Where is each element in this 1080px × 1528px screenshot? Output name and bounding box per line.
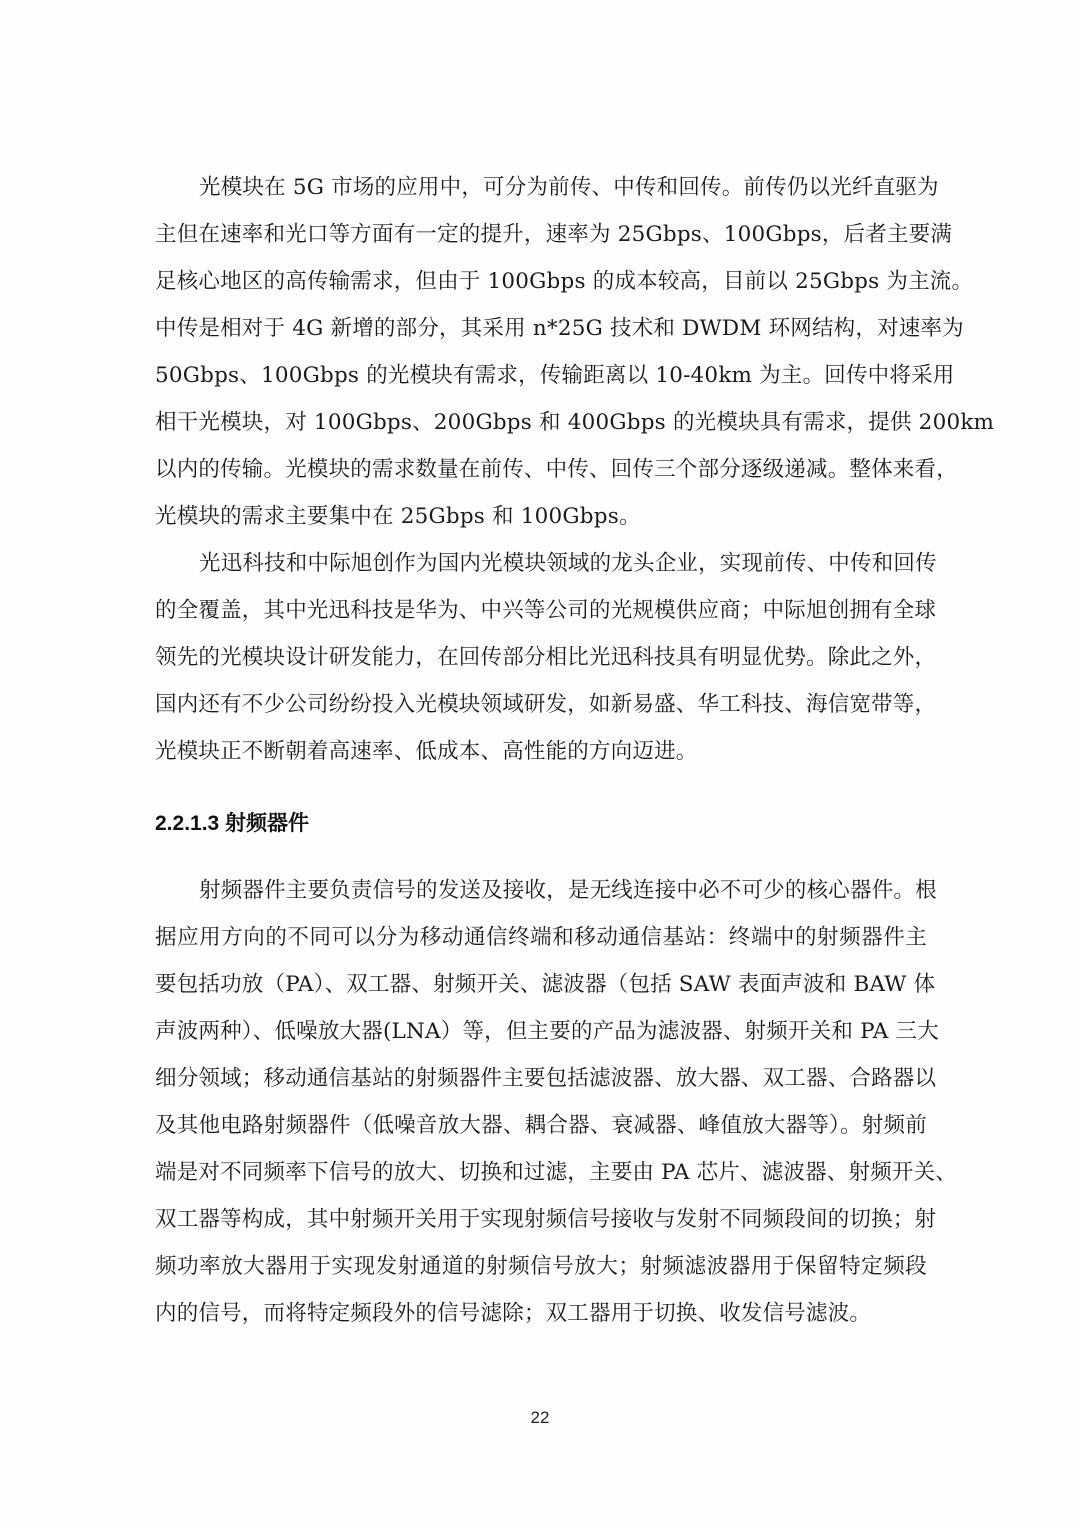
paragraph-rf-devices: 射频器件主要负责信号的发送及接收，是无线连接中必不可少的核心器件。根 据应用方向… <box>155 867 927 1337</box>
text-line: 双工器等构成，其中射频开关用于实现射频信号接收与发射不同频段间的切换；射 <box>155 1196 927 1243</box>
text-line: 领先的光模块设计研发能力，在回传部分相比光迅科技具有明显优势。除此之外， <box>155 634 927 681</box>
text-line: 端是对不同频率下信号的放大、切换和过滤，主要由 PA 芯片、滤波器、射频开关、 <box>155 1149 927 1196</box>
text-line: 足核心地区的高传输需求，但由于 100Gbps 的成本较高，目前以 25Gbps… <box>155 258 927 305</box>
text-line: 光模块在 5G 市场的应用中，可分为前传、中传和回传。前传仍以光纤直驱为 <box>155 164 927 211</box>
text-line: 细分领域；移动通信基站的射频器件主要包括滤波器、放大器、双工器、合路器以 <box>155 1055 927 1102</box>
text-line: 据应用方向的不同可以分为移动通信终端和移动通信基站：终端中的射频器件主 <box>155 914 927 961</box>
text-line: 50Gbps、100Gbps 的光模块有需求，传输距离以 10-40km 为主。… <box>155 352 927 399</box>
text-line: 声波两种）、低噪放大器(LNA）等，但主要的产品为滤波器、射频开关和 PA 三大 <box>155 1008 927 1055</box>
text-line: 要包括功放（PA）、双工器、射频开关、滤波器（包括 SAW 表面声波和 BAW … <box>155 961 927 1008</box>
text-line: 国内还有不少公司纷纷投入光模块领域研发，如新易盛、华工科技、海信宽带等， <box>155 681 927 728</box>
text-line: 及其他电路射频器件（低噪音放大器、耦合器、衰减器、峰值放大器等）。射频前 <box>155 1102 927 1149</box>
text-line: 内的信号，而将特定频段外的信号滤除；双工器用于切换、收发信号滤波。 <box>155 1290 927 1337</box>
section-heading: 2.2.1.3 射频器件 <box>155 806 309 842</box>
text-line: 频功率放大器用于实现发射通道的射频信号放大；射频滤波器用于保留特定频段 <box>155 1243 927 1290</box>
text-line: 光模块正不断朝着高速率、低成本、高性能的方向迈进。 <box>155 728 927 775</box>
paragraph-optical-module-5g: 光模块在 5G 市场的应用中，可分为前传、中传和回传。前传仍以光纤直驱为 主但在… <box>155 164 927 540</box>
text-line: 光模块的需求主要集中在 25Gbps 和 100Gbps。 <box>155 493 927 540</box>
text-line: 射频器件主要负责信号的发送及接收，是无线连接中必不可少的核心器件。根 <box>155 867 927 914</box>
text-line: 中传是相对于 4G 新增的部分，其采用 n*25G 技术和 DWDM 环网结构，… <box>155 305 927 352</box>
text-line: 光迅科技和中际旭创作为国内光模块领域的龙头企业，实现前传、中传和回传 <box>155 540 927 587</box>
paragraph-domestic-vendors: 光迅科技和中际旭创作为国内光模块领域的龙头企业，实现前传、中传和回传 的全覆盖，… <box>155 540 927 775</box>
page-number: 22 <box>0 1408 1080 1428</box>
text-line: 以内的传输。光模块的需求数量在前传、中传、回传三个部分逐级递减。整体来看， <box>155 446 927 493</box>
text-line: 的全覆盖，其中光迅科技是华为、中兴等公司的光规模供应商；中际旭创拥有全球 <box>155 587 927 634</box>
text-line: 相干光模块，对 100Gbps、200Gbps 和 400Gbps 的光模块具有… <box>155 399 927 446</box>
document-page: 光模块在 5G 市场的应用中，可分为前传、中传和回传。前传仍以光纤直驱为 主但在… <box>0 0 1080 1528</box>
text-line: 主但在速率和光口等方面有一定的提升，速率为 25Gbps、100Gbps，后者主… <box>155 211 927 258</box>
